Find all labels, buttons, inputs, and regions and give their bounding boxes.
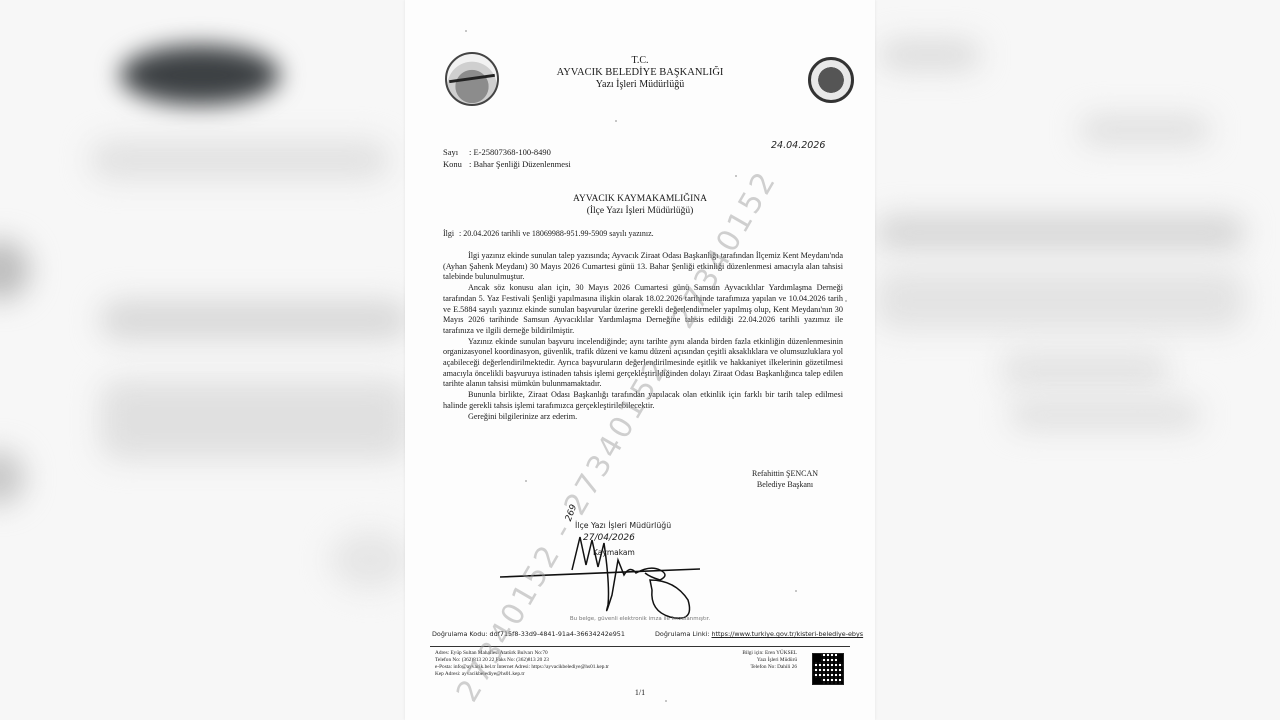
blurred-text-block <box>100 300 410 340</box>
page-indicator: 1/1 <box>405 688 875 697</box>
blurred-text-block <box>875 270 1245 330</box>
verification-code: Doğrulama Kodu: ddf715f8-33d9-4841-91a4-… <box>432 630 625 638</box>
blurred-text-block <box>90 140 390 180</box>
sayi-label: Sayı <box>443 146 469 158</box>
qr-code-icon <box>812 653 844 685</box>
paragraph: İlgi yazınız ekinde sunulan talep yazısı… <box>443 251 843 283</box>
header-organization: AYVACIK BELEDİYE BAŞKANLIĞI <box>405 67 875 79</box>
konu-value: : Bahar Şenliği Düzenlenmesi <box>469 159 571 169</box>
footer-divider <box>430 646 850 647</box>
signer-name: Refahittin ŞENCAN <box>735 468 835 479</box>
annotation-number: 269 <box>564 503 579 523</box>
handwritten-signature-icon <box>500 525 700 625</box>
footer-contact: Adres: Eyüp Sultan Mahallesi Atatürk Bul… <box>435 650 609 678</box>
blurred-text-block <box>880 40 980 70</box>
header-department: Yazı İşleri Müdürlüğü <box>405 79 875 91</box>
verification-url[interactable]: https://www.turkiye.gov.tr/kisteri-beled… <box>712 630 864 638</box>
footer-kep: Kep Adresi: ayvacikbelediye@hs01.kep.tr <box>435 671 609 678</box>
letterhead: T.C. AYVACIK BELEDİYE BAŞKANLIĞI Yazı İş… <box>405 55 875 91</box>
blurred-text-block <box>1080 115 1210 145</box>
paragraph: Gereğini bilgilerinize arz ederim. <box>443 412 843 423</box>
paragraph: Ancak söz konusu alan için, 30 Mayıs 202… <box>443 283 843 337</box>
verification-link-label: Doğrulama Linki: <box>655 630 709 638</box>
konu-label: Konu <box>443 158 469 170</box>
scan-speck <box>465 30 467 32</box>
blurred-logo-shape <box>120 45 280 105</box>
paragraph: Bununla birlikte, Ziraat Odası Başkanlığ… <box>443 390 843 411</box>
verification-code-value: ddf715f8-33d9-4841-91a4-36634242e951 <box>490 630 625 638</box>
scan-speck <box>615 120 617 122</box>
paragraph: Yazınız ekinde sunulan başvuru incelendi… <box>443 337 843 391</box>
contact-name: Bilgi için: Eren YÜKSEL <box>725 650 797 657</box>
ilgi-label: İlgi <box>443 229 459 238</box>
addressee-line2: (İlçe Yazı İşleri Müdürlüğü) <box>405 205 875 217</box>
contact-title: Yazı İşleri Müdürü <box>725 657 797 664</box>
blurred-shape <box>0 240 30 300</box>
letter-body: İlgi yazınız ekinde sunulan talep yazısı… <box>443 251 843 422</box>
scan-speck <box>525 480 527 482</box>
ilgi-value: : 20.04.2026 tarihli ve 18069988-951.99-… <box>459 229 654 238</box>
letter-meta: Sayı: E-25807368-100-8490 Konu: Bahar Şe… <box>443 146 571 170</box>
header-tc: T.C. <box>405 55 875 67</box>
signer-title: Belediye Başkanı <box>735 479 835 490</box>
verification-link: Doğrulama Linki: https://www.turkiye.gov… <box>655 630 863 638</box>
footer-phone: Telefon No: (362)813 20 22 Faks No: (362… <box>435 657 609 664</box>
addressee-line1: AYVACIK KAYMAKAMLIĞINA <box>405 193 875 205</box>
handwritten-date: 24.04.2026 <box>771 140 825 151</box>
blurred-shape <box>330 530 410 590</box>
verification-code-label: Doğrulama Kodu: <box>432 630 487 638</box>
scan-speck <box>735 175 737 177</box>
contact-phone: Telefon No: Dahili 26 <box>725 664 797 671</box>
footer-email: e-Posta: info@ayvacik.bel.tr İnternet Ad… <box>435 664 609 671</box>
blurred-text-block <box>875 215 1245 250</box>
blurred-text-block <box>1010 400 1200 430</box>
blurred-text-block <box>100 380 410 460</box>
scan-speck <box>845 300 847 302</box>
sayi-value: : E-25807368-100-8490 <box>469 147 551 157</box>
addressee: AYVACIK KAYMAKAMLIĞINA (İlçe Yazı İşleri… <box>405 193 875 217</box>
reference-line: İlgi: 20.04.2026 tarihli ve 18069988-951… <box>443 229 654 238</box>
scan-speck <box>795 590 797 592</box>
scan-speck <box>665 700 667 702</box>
footer-info: Bilgi için: Eren YÜKSEL Yazı İşleri Müdü… <box>725 650 797 671</box>
footer-address: Adres: Eyüp Sultan Mahallesi Atatürk Bul… <box>435 650 609 657</box>
blurred-shape <box>0 450 25 505</box>
official-letter: T.C. AYVACIK BELEDİYE BAŞKANLIĞI Yazı İş… <box>405 0 875 720</box>
esign-note: Bu belge, güvenli elektronik imza ile im… <box>405 616 875 622</box>
blurred-text-block <box>1000 350 1170 390</box>
signer-block: Refahittin ŞENCAN Belediye Başkanı <box>735 468 835 490</box>
